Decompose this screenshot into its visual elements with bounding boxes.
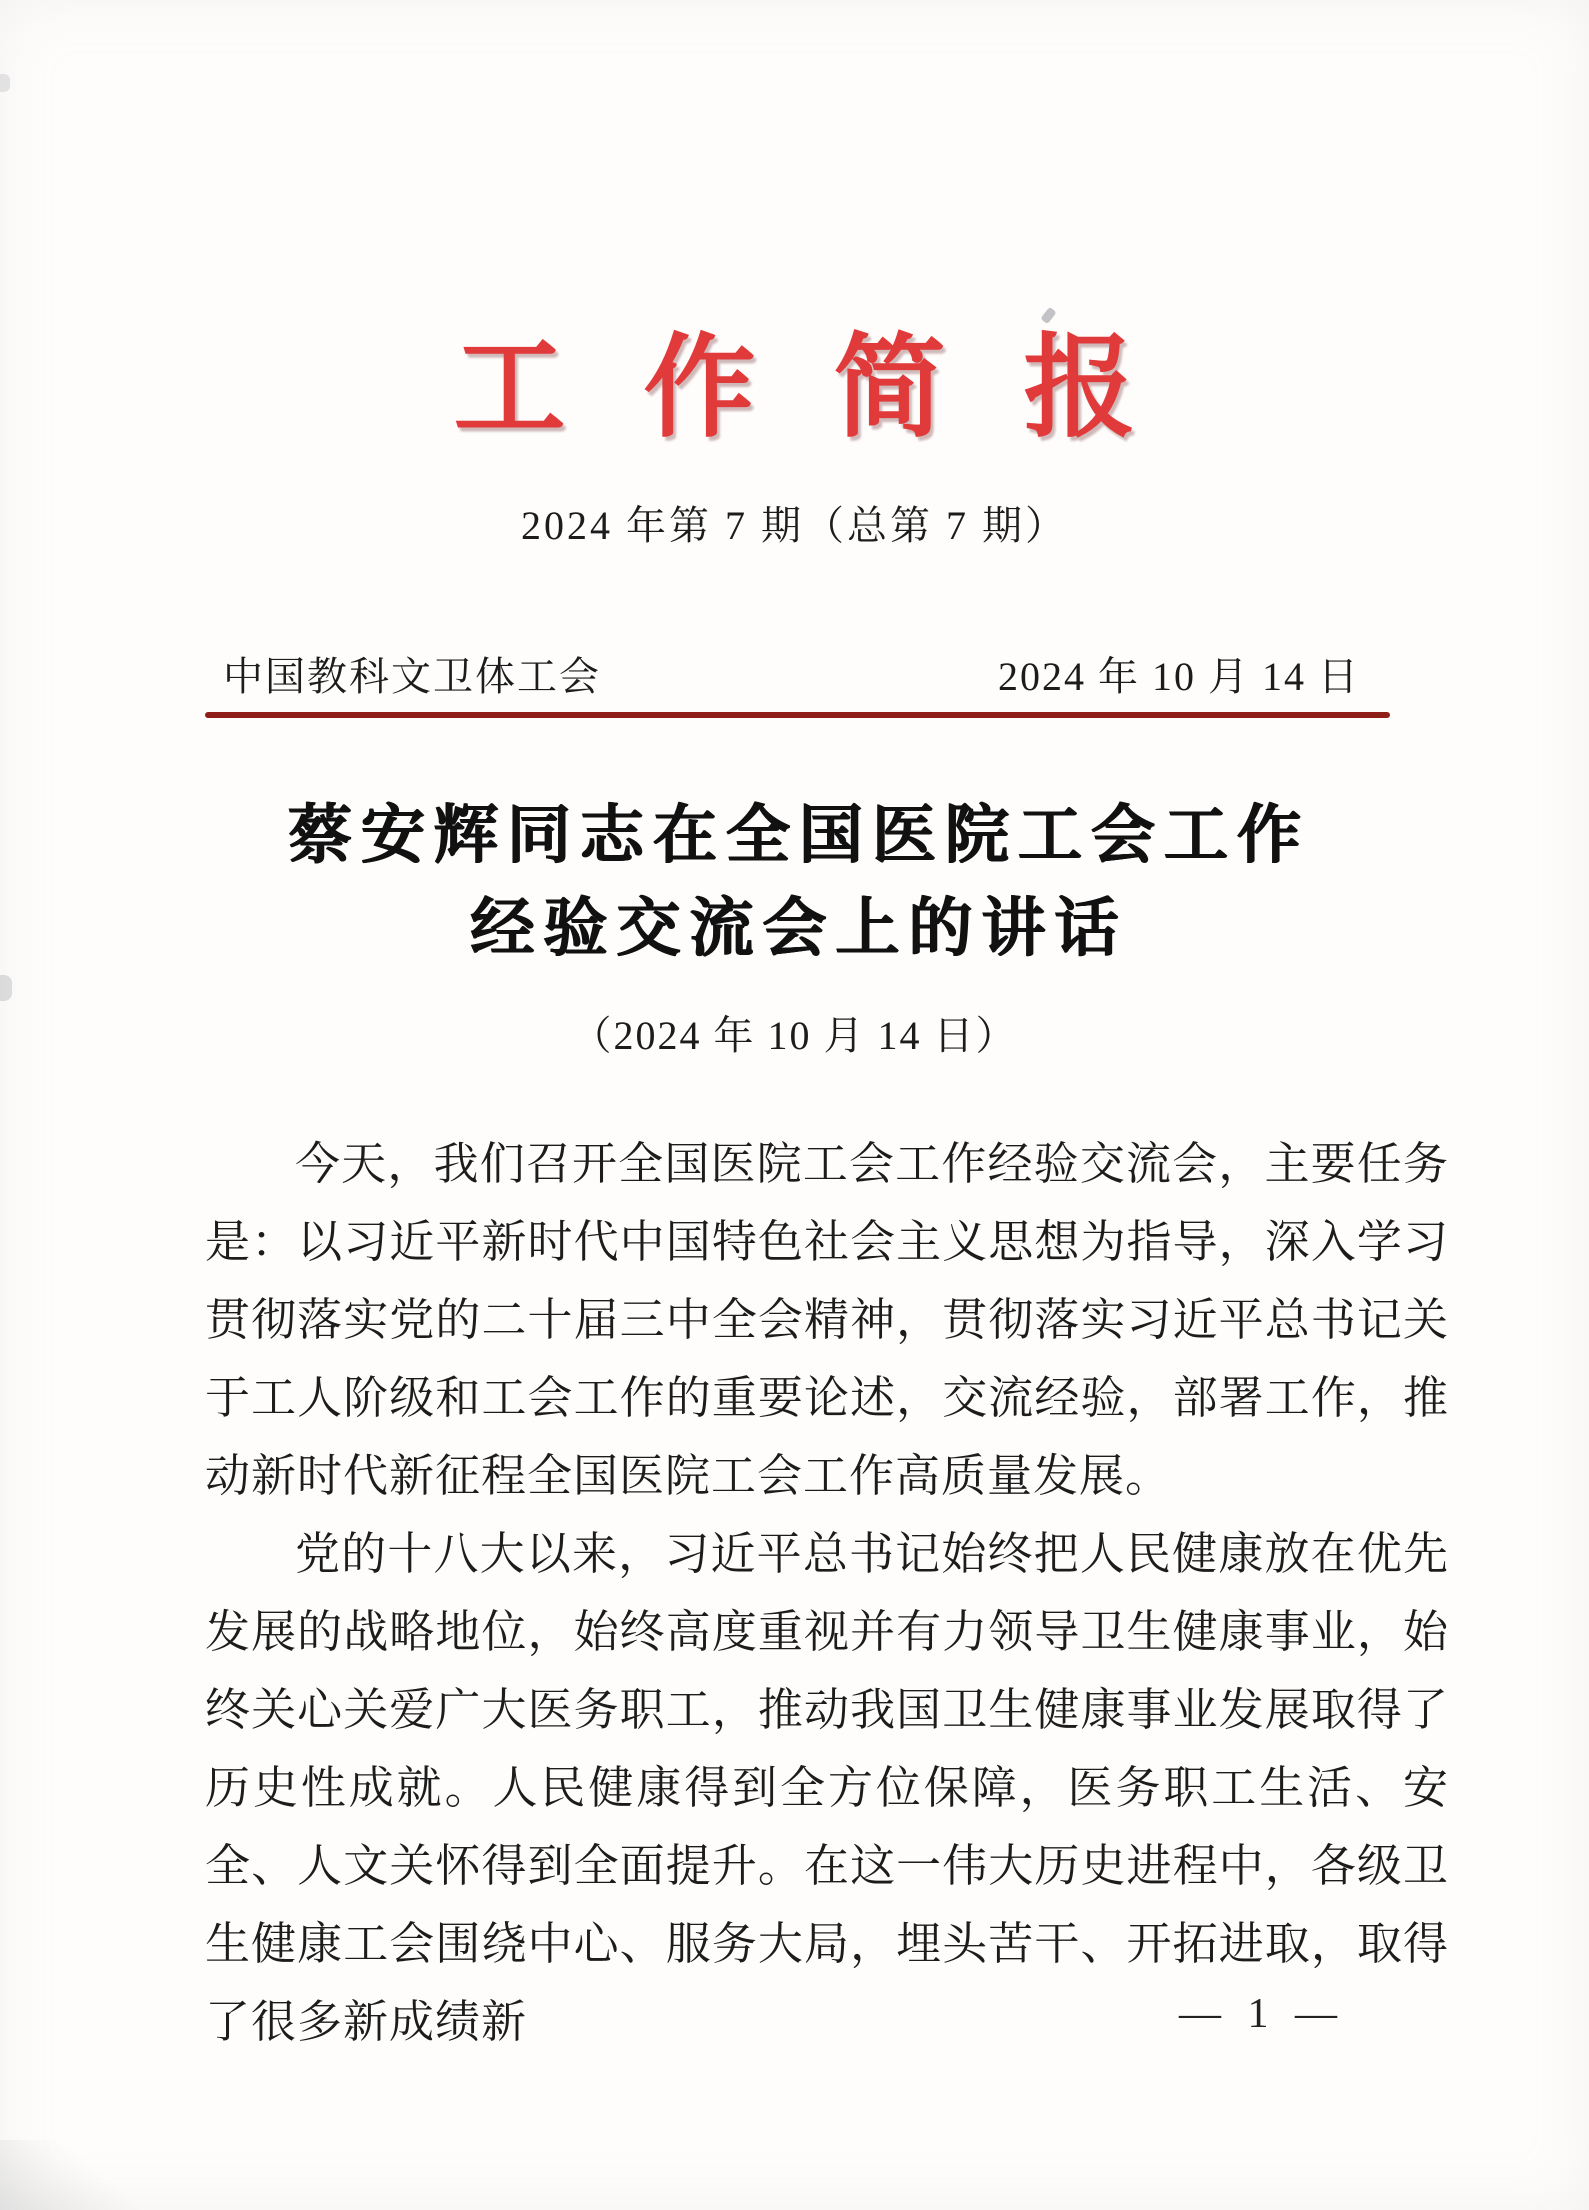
article-date: （2024 年 10 月 14 日） — [0, 1004, 1589, 1061]
issue-line: 2024 年第 7 期（总第 7 期） — [0, 494, 1589, 551]
header-rule — [205, 712, 1390, 718]
article-body: 今天，我们召开全国医院工会工作经验交流会，主要任务是：以习近平新时代中国特色社会… — [205, 1125, 1449, 2061]
scan-artifact — [0, 975, 12, 1001]
article-title-line2: 经验交流会上的讲话 — [0, 883, 1589, 976]
header-row: 中国教科文卫体工会 2024 年 10 月 14 日 — [223, 645, 1360, 702]
document-page: 工作简报 2024 年第 7 期（总第 7 期） 中国教科文卫体工会 2024 … — [0, 0, 1589, 2210]
paragraph: 党的十八大以来，习近平总书记始终把人民健康放在优先发展的战略地位，始终高度重视并… — [205, 1515, 1449, 2061]
page-number: — 1 — — [1179, 1990, 1345, 2038]
article-title: 蔡安辉同志在全国医院工会工作 经验交流会上的讲话 — [0, 790, 1589, 976]
masthead-title: 工作简报 — [0, 0, 1589, 444]
paragraph: 今天，我们召开全国医院工会工作经验交流会，主要任务是：以习近平新时代中国特色社会… — [205, 1125, 1449, 1515]
article-title-line1: 蔡安辉同志在全国医院工会工作 — [0, 790, 1589, 883]
issue-date: 2024 年 10 月 14 日 — [998, 645, 1360, 702]
issuing-organization: 中国教科文卫体工会 — [223, 645, 601, 702]
scan-artifact — [0, 2140, 140, 2210]
